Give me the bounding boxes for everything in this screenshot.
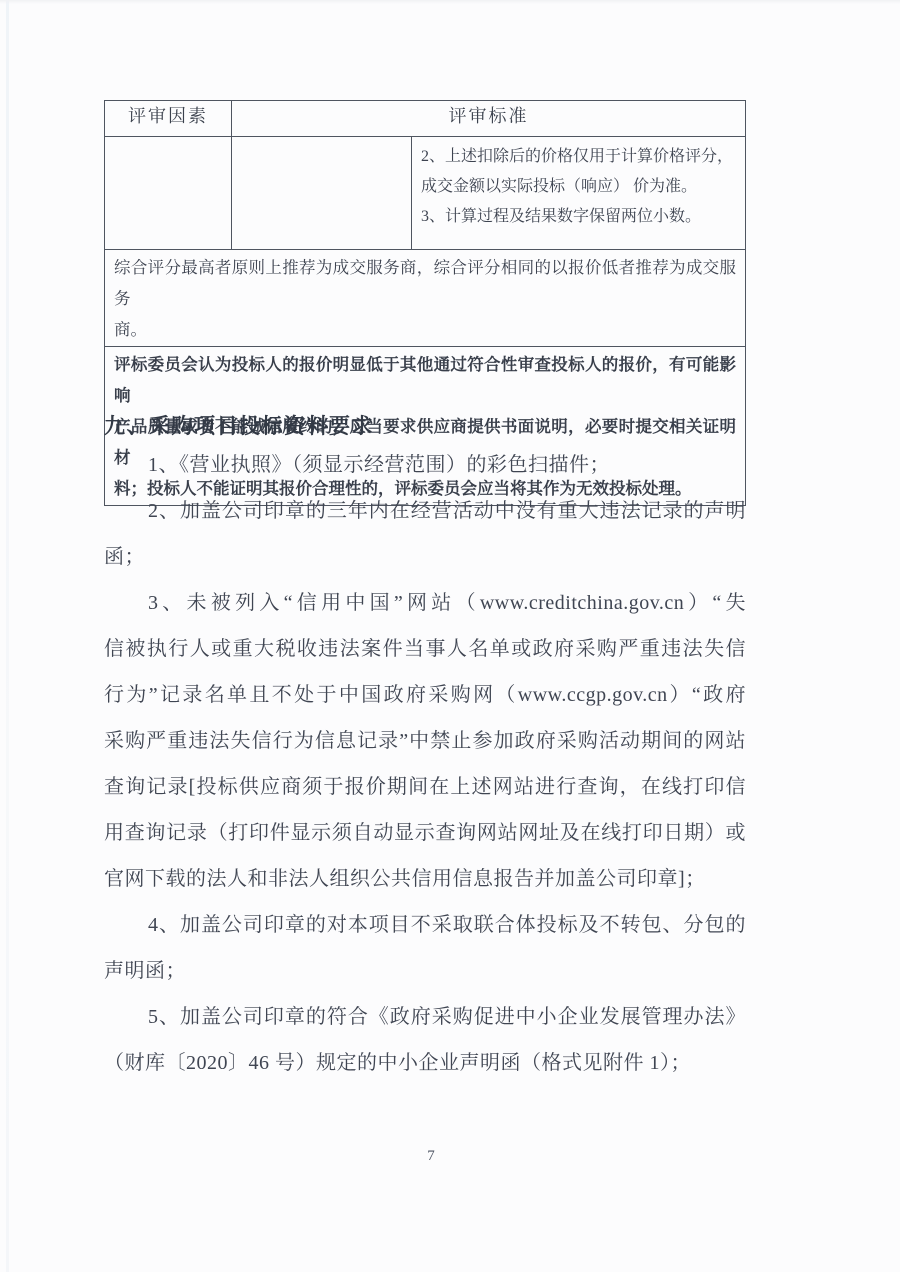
award-rule-cell: 综合评分最高者原则上推荐为成交服务商，综合评分相同的以报价低者推荐为成交服务 商…	[105, 250, 746, 347]
empty-subfactor-cell	[232, 137, 412, 250]
price-note-line: 成交金额以实际投标（响应） 价为准。	[421, 172, 738, 202]
header-cell-factor: 评审因素	[105, 101, 232, 137]
item-2-line: 2、加盖公司印章的三年内在经营活动中没有重大违法记录的声明	[104, 488, 746, 534]
table-header-row: 评审因素 评审标准	[105, 101, 746, 137]
item-3-line: 查询记录[投标供应商须于报价期间在上述网站进行查询，在线打印信	[104, 764, 746, 810]
award-rule-line: 商。	[114, 314, 736, 345]
item-3-line: 3、未被列入“信用中国”网站（www.creditchina.gov.cn）“失	[104, 580, 746, 626]
item-2-line: 函；	[104, 534, 746, 580]
document-page: 评审因素 评审标准 2、上述扣除后的价格仅用于计算价格评分， 成交金额以实际投标…	[0, 0, 900, 1272]
item-3-line: 行为”记录名单且不处于中国政府采购网（www.ccgp.gov.cn）“政府	[104, 672, 746, 718]
item-1-line: 1、《营业执照》（须显示经营范围）的彩色扫描件；	[104, 442, 746, 488]
item-3-line: 采购严重违法失信行为信息记录”中禁止参加政府采购活动期间的网站	[104, 718, 746, 764]
item-3-line: 用查询记录（打印件显示须自动显示查询网站网址及在线打印日期）或	[104, 810, 746, 856]
low-price-rule-line: 评标委员会认为投标人的报价明显低于其他通过符合性审查投标人的报价，有可能影响	[114, 349, 736, 411]
item-3-line: 信被执行人或重大税收违法案件当事人名单或政府采购严重违法失信	[104, 626, 746, 672]
scan-top-shadow	[0, 0, 900, 4]
empty-factor-cell	[105, 137, 232, 250]
header-cell-standard: 评审标准	[232, 101, 746, 137]
item-4-line: 4、加盖公司印章的对本项目不采取联合体投标及不转包、分包的	[104, 902, 746, 948]
page-number: 7	[0, 1148, 862, 1165]
section-heading: 九、采购项目投标资料要求	[104, 412, 746, 442]
price-note-line: 3、计算过程及结果数字保留两位小数。	[421, 202, 738, 232]
scan-edge-artifact	[6, 0, 9, 1272]
section-nine: 九、采购项目投标资料要求 1、《营业执照》（须显示经营范围）的彩色扫描件； 2、…	[104, 412, 746, 1086]
table-row-criteria: 2、上述扣除后的价格仅用于计算价格评分， 成交金额以实际投标（响应） 价为准。 …	[105, 137, 746, 250]
award-rule-line: 综合评分最高者原则上推荐为成交服务商，综合评分相同的以报价低者推荐为成交服务	[114, 252, 736, 314]
table-row-award-rule: 综合评分最高者原则上推荐为成交服务商，综合评分相同的以报价低者推荐为成交服务 商…	[105, 250, 746, 347]
item-4-line: 声明函；	[104, 948, 746, 994]
price-note-line: 2、上述扣除后的价格仅用于计算价格评分，	[421, 142, 738, 172]
price-note-cell: 2、上述扣除后的价格仅用于计算价格评分， 成交金额以实际投标（响应） 价为准。 …	[412, 137, 746, 250]
item-5-line: 5、加盖公司印章的符合《政府采购促进中小企业发展管理办法》	[104, 994, 746, 1040]
item-5-line: （财库〔2020〕46 号）规定的中小企业声明函（格式见附件 1）；	[104, 1040, 746, 1086]
item-3-line: 官网下载的法人和非法人组织公共信用信息报告并加盖公司印章]；	[104, 856, 746, 902]
